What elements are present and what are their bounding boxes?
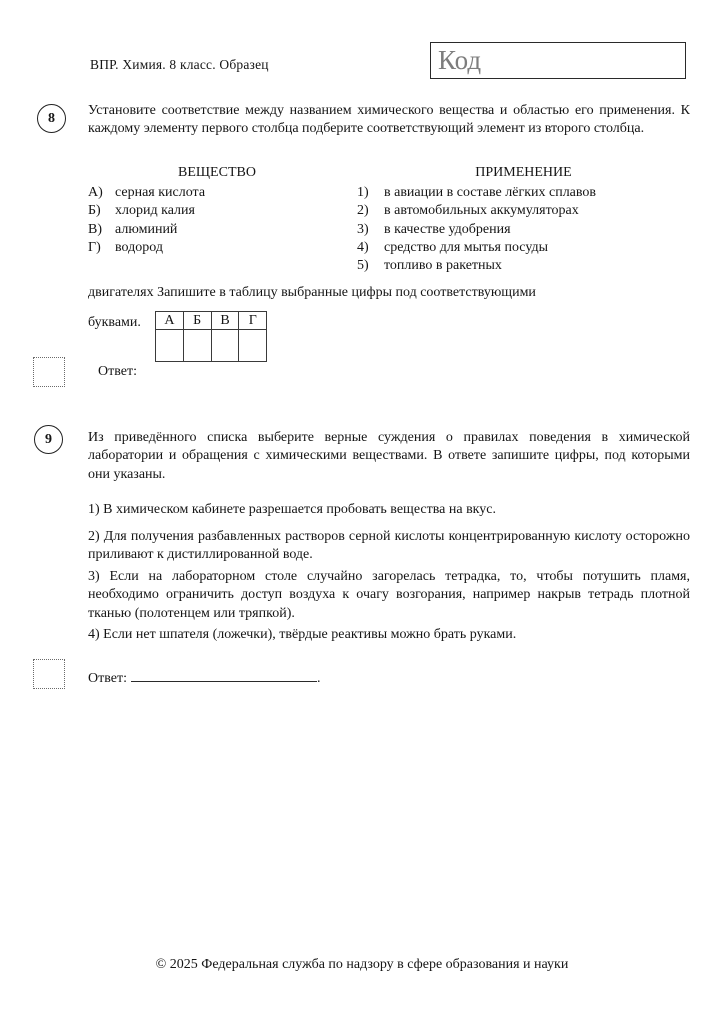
answer-line-period: . [317,671,321,686]
answer-table: А Б В Г [155,311,267,362]
question-8-number: 8 [48,111,55,127]
answer-table-input-row [156,330,267,362]
application-number: 5) [357,257,384,275]
checker-mark-box-q8 [33,357,65,387]
page-header-label: ВПР. Химия. 8 класс. Образец [90,57,269,73]
substance-text: водород [115,239,346,257]
substance-item: Б) хлорид калия [88,202,346,220]
application-number: 4) [357,239,384,257]
question-9-statement-2: 2) Для получения разбавленных растворов … [88,528,690,565]
exam-page: ВПР. Химия. 8 класс. Образец Код 8 Устан… [0,0,724,1024]
question-8-number-badge: 8 [37,104,66,133]
substance-text: хлорид калия [115,202,346,220]
question-9-answer-label: Ответ: [88,671,127,686]
question-9-statement-1: 1) В химическом кабинете разрешается про… [88,501,690,519]
application-text: в автомобильных аккумуляторах [384,202,690,220]
checker-mark-box-q9 [33,659,65,689]
question-8-instruction-line1: двигателях Запишите в таблицу выбранные … [88,284,690,302]
application-number: 3) [357,221,384,239]
answer-cell-b[interactable] [183,330,211,362]
applications-header: ПРИМЕНЕНИЕ [357,164,690,182]
application-text: топливо в ракетных [384,257,690,275]
substance-letter: В) [88,221,115,239]
application-number: 1) [357,184,384,202]
substance-letter: Б) [88,202,115,220]
answer-table-header-a: А [156,312,184,330]
substance-text: серная кислота [115,184,346,202]
answer-cell-a[interactable] [156,330,184,362]
substances-header: ВЕЩЕСТВО [88,164,346,182]
answer-table-header-v: В [211,312,239,330]
substance-letter: Г) [88,239,115,257]
answer-table-header-g: Г [239,312,267,330]
question-9-statement-4: 4) Если нет шпателя (ложечки), твёрдые р… [88,626,690,644]
substance-item: В) алюминий [88,221,346,239]
application-text: в качестве удобрения [384,221,690,239]
footer-copyright: © 2025 Федеральная служба по надзору в с… [0,957,724,973]
substance-item: Г) водород [88,239,346,257]
applications-column: ПРИМЕНЕНИЕ 1) в авиации в составе лёгких… [357,164,690,275]
question-8-prompt: Установите соответствие между названием … [88,102,690,139]
application-number: 2) [357,202,384,220]
question-9-answer-row: Ответ:. [88,668,320,687]
answer-table-header-b: Б [183,312,211,330]
question-8-answer-label: Ответ: [98,364,137,380]
answer-table-header-row: А Б В Г [156,312,267,330]
application-item: 4) средство для мытья посуды [357,239,690,257]
question-8-instruction-line2: буквами. [88,315,141,331]
substance-letter: А) [88,184,115,202]
application-item: 5) топливо в ракетных [357,257,690,275]
question-9-statement-3: 3) Если на лабораторном столе случайно з… [88,568,690,623]
code-box-label: Код [438,44,481,76]
question-9-number: 9 [45,432,52,448]
application-item: 1) в авиации в составе лёгких сплавов [357,184,690,202]
application-item: 3) в качестве удобрения [357,221,690,239]
application-text: средство для мытья посуды [384,239,690,257]
substances-column: ВЕЩЕСТВО А) серная кислота Б) хлорид кал… [88,164,346,257]
application-item: 2) в автомобильных аккумуляторах [357,202,690,220]
code-input-box[interactable]: Код [430,42,686,79]
question-9-prompt: Из приведённого списка выберите верные с… [88,429,690,484]
matching-columns: ВЕЩЕСТВО А) серная кислота Б) хлорид кал… [88,164,690,278]
application-text: в авиации в составе лёгких сплавов [384,184,690,202]
answer-cell-g[interactable] [239,330,267,362]
substance-text: алюминий [115,221,346,239]
question-9-number-badge: 9 [34,425,63,454]
answer-blank-line[interactable] [131,668,317,682]
answer-cell-v[interactable] [211,330,239,362]
substance-item: А) серная кислота [88,184,346,202]
